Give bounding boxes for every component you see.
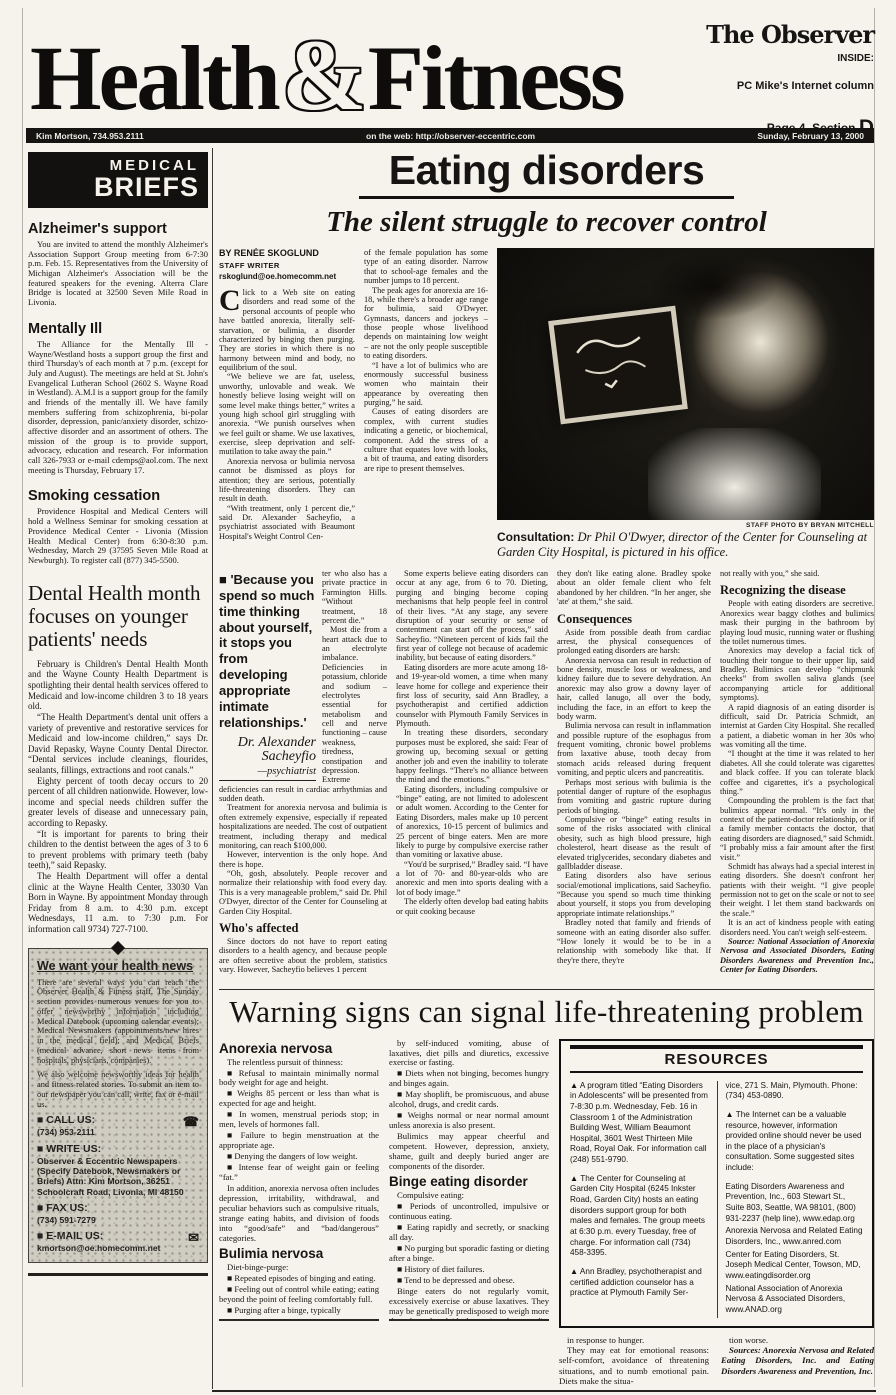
main-article-area: Eating disorders The silent struggle to … xyxy=(212,148,874,1389)
article-paragraph: “You'd be surprised,” Bradley said. “I h… xyxy=(396,860,548,898)
article-paragraph: Since doctors do not have to report eati… xyxy=(219,937,387,975)
framed-artwork-scribble xyxy=(553,313,670,410)
warning-bullet: ■ Weighs 85 percent or less than what is… xyxy=(219,1089,379,1109)
warning-bullet: ■ Failure to begin menstruation at the a… xyxy=(219,1131,379,1151)
section-title-word1: Health xyxy=(30,27,278,129)
article-subhead: The silent struggle to recover control xyxy=(219,206,874,239)
page-edge-rule-left xyxy=(22,8,23,1387)
inside-item: PC Mike's Internet column xyxy=(674,80,874,92)
warning-bullet: ■ Weighs normal or near normal amount un… xyxy=(389,1111,549,1131)
pull-quote: ■ 'Because you spend so much time thinki… xyxy=(219,572,316,781)
warning-bullet: ■ Purging after a binge, typically xyxy=(219,1306,379,1316)
article-paragraph: Some experts believe eating disorders ca… xyxy=(396,569,548,663)
article-paragraph: It is an act of kindness people with eat… xyxy=(720,918,874,937)
warning-bullet: ■ Feeling out of control while eating; e… xyxy=(219,1285,379,1305)
resource-item: vice, 271 S. Main, Plymouth. Phone: (734… xyxy=(726,1081,864,1102)
pull-quote-role: —psychiatrist xyxy=(219,766,316,781)
article-paragraph: Schmidt has always had a special interes… xyxy=(720,862,874,918)
brief-heading-mentally-ill: Mentally Ill xyxy=(28,321,208,337)
byline-email: rskoglund@oe.homecomm.net xyxy=(219,272,336,281)
resource-item: ▲ A program titled “Eating Disorders in … xyxy=(570,1081,709,1166)
resource-item: National Association of Anorexia Nervosa… xyxy=(726,1284,864,1316)
warning-column-1: Anorexia nervosa The relentless pursuit … xyxy=(219,1039,379,1321)
section-title: Health&Fitness xyxy=(30,30,623,122)
article-paragraph: The peak ages for anorexia are 16-18, wh… xyxy=(364,286,488,361)
paper-name: The Observer xyxy=(674,20,874,49)
subhead-consequences: Consequences xyxy=(557,612,711,627)
bulimia-intro: Diet-binge-purge: xyxy=(219,1263,379,1273)
warning-bullet: ■ In women, menstrual periods stop; in m… xyxy=(219,1110,379,1130)
pull-quote-text: ■ 'Because you spend so much time thinki… xyxy=(219,572,316,731)
health-news-heading: We want your health news xyxy=(37,959,199,973)
sidebar: MEDICAL BRIEFS Alzheimer's support You a… xyxy=(28,152,208,1385)
fax-us-value: (734) 591-7279 xyxy=(37,1215,199,1225)
article-paragraph: Anorexics may develop a facial tick of t… xyxy=(720,646,874,702)
warning-bullet: ■ Eating rapidly and secretly, or snacki… xyxy=(389,1223,549,1243)
photo-block: STAFF PHOTO BY BRYAN MITCHELL Consultati… xyxy=(497,248,874,566)
warning-paragraph: tion worse. xyxy=(721,1335,874,1345)
article-headline: Eating disorders xyxy=(359,150,735,199)
health-news-paragraph: We also welcome newsworthy ideas for hea… xyxy=(37,1070,199,1109)
warning-continuation-right: tion worse. Sources: Anorexia Nervosa an… xyxy=(721,1335,874,1387)
subhead-whos-affected: Who's affected xyxy=(219,921,387,936)
warning-headline: Warning signs can signal life-threatenin… xyxy=(219,996,874,1029)
warning-paragraph: by self-induced vomiting, abuse of laxat… xyxy=(389,1039,549,1069)
article-paragraph: However, intervention is the only hope. … xyxy=(219,850,387,869)
article-column-3: they don't like eating alone. Bradley sp… xyxy=(557,569,711,985)
article-paragraph: Eating disorders also have serious socia… xyxy=(557,871,711,918)
page-edge-rule-right xyxy=(874,8,875,1387)
article-column-1: BY RENÉE SKOGLUND STAFF WRITER rskoglund… xyxy=(219,248,355,566)
article-paragraph: “Oh, gosh, absolutely. People recover an… xyxy=(219,869,387,916)
warning-continuation: in response to hunger. They may eat for … xyxy=(559,1335,874,1387)
email-us-value: kmortson@oe.homecomm.net xyxy=(37,1243,199,1253)
framed-artwork xyxy=(548,306,688,425)
brief-body: The Alliance for the Mentally Ill - Wayn… xyxy=(28,340,208,476)
bottom-rule xyxy=(212,1390,876,1392)
article-column-2: of the female population has some type o… xyxy=(364,248,488,566)
warning-paragraph: in response to hunger. xyxy=(559,1335,709,1345)
resource-item: ▲ Ann Bradley, psychotherapist and certi… xyxy=(570,1267,709,1299)
warning-paragraph: In addition, anorexia nervosa often incl… xyxy=(219,1184,379,1244)
article-paragraph: Aside from possible death from cardiac a… xyxy=(557,628,711,656)
warning-bullet: ■ Denying the dangers of low weight. xyxy=(219,1152,379,1162)
article-paragraph: Bradley noted that family and friends of… xyxy=(557,918,711,965)
dental-paragraph: The Health Department will offer a denta… xyxy=(28,871,208,935)
call-us-value: (734) 953-2111 xyxy=(37,1127,199,1137)
write-us-label: ■ WRITE US: xyxy=(37,1143,199,1155)
article-paragraph: Click to a Web site on eating disorders … xyxy=(219,288,355,372)
warning-paragraph: Bulimics may appear cheerful and compete… xyxy=(389,1132,549,1172)
briefs-title: BRIEFS xyxy=(37,174,199,201)
brief-heading-smoking: Smoking cessation xyxy=(28,488,208,504)
article-paragraph: they don't like eating alone. Bradley sp… xyxy=(557,569,711,607)
resource-item: Eating Disorders Awareness and Preventio… xyxy=(726,1182,864,1225)
warning-bullet: ■ May shoplift, be promiscuous, and abus… xyxy=(389,1090,549,1110)
article-paragraph: Perhaps most serious with bulimia is the… xyxy=(557,778,711,816)
envelope-icon: ✉ xyxy=(188,1230,199,1246)
warning-body: Anorexia nervosa The relentless pursuit … xyxy=(219,1039,874,1387)
dental-paragraph: February is Children's Dental Health Mon… xyxy=(28,659,208,712)
article-paragraph: In treating these disorders, secondary p… xyxy=(396,728,548,784)
article-paragraph: Bulimia nervosa can result in inflammati… xyxy=(557,721,711,777)
byline: BY RENÉE SKOGLUND STAFF WRITER rskoglund… xyxy=(219,248,355,283)
sidebar-bottom-rule xyxy=(28,1273,208,1276)
medical-briefs-box: MEDICAL BRIEFS xyxy=(28,152,208,208)
article-paragraph: A rapid diagnosis of an eating disorder … xyxy=(720,703,874,750)
article-column-1-cont: ■ 'Because you spend so much time thinki… xyxy=(219,569,387,985)
anorexia-intro: The relentless pursuit of thinness: xyxy=(219,1058,379,1068)
resource-item: ▲ The Center for Counseling at Garden Ci… xyxy=(570,1174,709,1259)
write-us-value: Observer & Eccentric Newspapers (Specify… xyxy=(37,1156,199,1197)
article-paragraph: Eating disorders, including compulsive o… xyxy=(396,785,548,860)
resource-item: Center for Eating Disorders, St. Joseph … xyxy=(726,1250,864,1282)
article-column-4: not really with you,” she said. Recogniz… xyxy=(720,569,874,985)
article-paragraph: Causes of eating disorders are complex, … xyxy=(364,407,488,473)
warning-continuation-left: in response to hunger. They may eat for … xyxy=(559,1335,709,1387)
pull-quote-attribution: Dr. Alexander Sacheyfio xyxy=(219,736,316,765)
article-column-2-cont: Some experts believe eating disorders ca… xyxy=(396,569,548,985)
resource-item: Anorexia Nervosa and Related Eating Diso… xyxy=(726,1226,864,1247)
warning-bullet: ■ Diets when not binging, becomes hungry… xyxy=(389,1069,549,1089)
resources-title: RESOURCES xyxy=(570,1045,863,1073)
photo-caption: Consultation: Dr Phil O'Dwyer, director … xyxy=(497,530,874,561)
call-us-label: ☎■ CALL US: xyxy=(37,1114,199,1126)
article-source-note: Source: National Association of Anorexia… xyxy=(720,937,874,975)
warning-bullet: ■ Intense fear of weight gain or feeling… xyxy=(219,1163,379,1183)
resources-region: RESOURCES ▲ A program titled “Eating Dis… xyxy=(559,1039,874,1387)
dental-paragraph: “It is important for parents to bring th… xyxy=(28,829,208,871)
resource-item: ▲ The Internet can be a valuable resourc… xyxy=(726,1110,864,1174)
article-paragraph: Anorexia nervosa or bulimia nervosa cann… xyxy=(219,457,355,504)
warning-bullet: ■ Tend to be depressed and obese. xyxy=(389,1276,549,1286)
brief-heading-alzheimers: Alzheimer's support xyxy=(28,221,208,237)
article-paragraph: Anorexia nervosa can result in reduction… xyxy=(557,656,711,722)
resources-column-right: vice, 271 S. Main, Plymouth. Phone: (734… xyxy=(717,1081,864,1318)
article-row-top: BY RENÉE SKOGLUND STAFF WRITER rskoglund… xyxy=(219,248,874,566)
phone-icon: ☎ xyxy=(183,1114,199,1130)
dental-paragraph: “The Health Department's dental unit off… xyxy=(28,712,208,776)
bar-web: on the web: http://observer-eccentric.co… xyxy=(366,131,535,141)
ampersand-glyph: & xyxy=(282,30,364,122)
brief-body: Providence Hospital and Medical Centers … xyxy=(28,507,208,565)
newspaper-page: Health&Fitness The Observer INSIDE: PC M… xyxy=(0,0,896,1395)
brief-body: You are invited to attend the monthly Al… xyxy=(28,240,208,308)
binge-heading: Binge eating disorder xyxy=(389,1174,549,1189)
fax-us-label: ■ FAX US: xyxy=(37,1202,199,1214)
resources-columns: ▲ A program titled “Eating Disorders in … xyxy=(570,1081,863,1318)
masthead-right: The Observer INSIDE: PC Mike's Internet … xyxy=(674,20,874,140)
article-paragraph: “I thought at the time it was related to… xyxy=(720,749,874,796)
inside-label: INSIDE: xyxy=(674,53,874,64)
article-paragraph: of the female population has some type o… xyxy=(364,248,488,286)
byline-role: STAFF WRITER xyxy=(219,261,280,270)
article-paragraph: The elderly often develop bad eating hab… xyxy=(396,897,548,916)
article-paragraph: “With treatment, only 1 percent die,” sa… xyxy=(219,504,355,542)
warning-bullet: ■ Periods of uncontrolled, impulsive or … xyxy=(389,1202,549,1222)
bar-contact: Kim Mortson, 734.953.2111 xyxy=(36,131,144,141)
resources-box: RESOURCES ▲ A program titled “Eating Dis… xyxy=(559,1039,874,1328)
bar-date: Sunday, February 13, 2000 xyxy=(757,131,864,141)
health-news-paragraph: There are several ways you can reach the… xyxy=(37,978,199,1066)
article-paragraph: Eating disorders are more acute among 18… xyxy=(396,663,548,729)
warning-signs-section: Warning signs can signal life-threatenin… xyxy=(219,989,874,1387)
article-paragraph: People with eating disorders are secreti… xyxy=(720,599,874,646)
warning-bullet: ■ No purging but sporadic fasting or die… xyxy=(389,1244,549,1264)
anorexia-heading: Anorexia nervosa xyxy=(219,1041,379,1056)
health-news-box: We want your health news There are sever… xyxy=(28,948,208,1263)
article-paragraph: “We believe we are fat, useless, unworth… xyxy=(219,372,355,456)
binge-intro: Compulsive eating: xyxy=(389,1191,549,1201)
subhead-recognizing: Recognizing the disease xyxy=(720,583,874,598)
warning-bullet: ■ Refusal to maintain minimally normal b… xyxy=(219,1069,379,1089)
dental-headline: Dental Health month focuses on younger p… xyxy=(28,582,208,651)
article-headline-wrap: Eating disorders xyxy=(219,150,874,199)
masthead: Health&Fitness The Observer INSIDE: PC M… xyxy=(24,0,876,146)
article-paragraph: Compulsive or “binge” eating results in … xyxy=(557,815,711,871)
warning-bullet: ■ Repeated episodes of binging and eatin… xyxy=(219,1274,379,1284)
article-paragraph: “I have a lot of bulimics who are enormo… xyxy=(364,361,488,408)
article-paragraph: Treatment for anorexia nervosa and bulim… xyxy=(219,803,387,850)
article-row-bottom: ■ 'Because you spend so much time thinki… xyxy=(219,569,874,985)
warning-sources-note: Sources: Anorexia Nervosa and Related Ea… xyxy=(721,1345,874,1376)
warning-column-2: by self-induced vomiting, abuse of laxat… xyxy=(389,1039,549,1321)
article-paragraph: Compounding the problem is the fact that… xyxy=(720,796,874,862)
warning-bullet: ■ History of diet failures. xyxy=(389,1265,549,1275)
warning-paragraph: They may eat for emotional reasons: self… xyxy=(559,1345,709,1387)
dropcap: C xyxy=(219,289,241,312)
photo-desk-papers xyxy=(648,428,821,520)
resources-column-left: ▲ A program titled “Eating Disorders in … xyxy=(570,1081,717,1318)
masthead-bar: Kim Mortson, 734.953.2111 on the web: ht… xyxy=(26,128,874,143)
article-paragraph: not really with you,” she said. xyxy=(720,569,874,578)
photo-caption-label: Consultation: xyxy=(497,530,574,544)
photo-credit: STAFF PHOTO BY BRYAN MITCHELL xyxy=(497,522,874,529)
warning-paragraph: Binge eaters do not regularly vomit, exc… xyxy=(389,1287,549,1321)
byline-author: BY RENÉE SKOGLUND xyxy=(219,248,319,258)
observer-diamond-icon xyxy=(111,941,125,955)
email-us-label: ✉■ E-MAIL US: xyxy=(37,1230,199,1242)
section-title-word2: Fitness xyxy=(368,27,623,129)
bulimia-heading: Bulimia nervosa xyxy=(219,1246,379,1261)
article-photo xyxy=(497,248,874,520)
dental-paragraph: Eighty percent of tooth decay occurs to … xyxy=(28,776,208,829)
